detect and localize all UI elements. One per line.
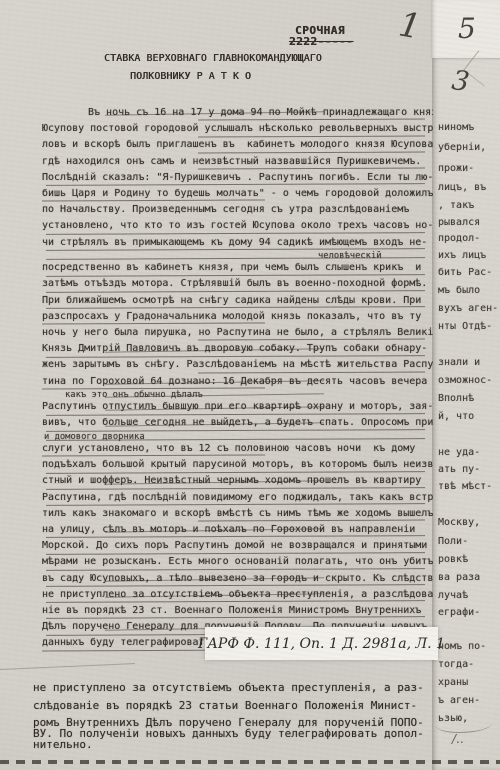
side-sheet-text-fragment: Вполнѣ — [438, 393, 474, 404]
heading-addressee: ПОЛКОВНИКУ Р А Т К О — [130, 71, 251, 82]
side-sheet-text-fragment: бить Рас- — [438, 267, 492, 278]
side-sheet-text-fragment: еграфи- — [438, 607, 480, 618]
retyped-line: слѣдованіе въ порядкѣ 23 статьи Военнаго… — [33, 699, 434, 717]
body-line: женъ зарытымъ въ снѣгу. Разслѣдованіемъ … — [42, 358, 433, 374]
body-line: Юсупову постовой городовой услышалъ нѣск… — [42, 122, 433, 138]
body-line: въ саду Юсуповыхъ, а тѣло вывезено за го… — [42, 572, 433, 588]
side-sheet-text-fragment: знали и — [438, 357, 480, 368]
side-sheet-text-fragment: й, что — [438, 411, 474, 422]
body-line: мѣрами не розысканъ. Есть много основані… — [42, 555, 433, 571]
side-sheet-text-fragment: ъ аген- — [438, 695, 480, 706]
side-sheet-text-fragment: прожи- — [438, 163, 474, 174]
inserted-annotation-line: и домового дворника — [42, 433, 433, 443]
archive-citation: ГАРФ Ф. 111, Оп. 1 Д. 2981а, Л. 1 — [205, 627, 438, 660]
body-line: ніе въ порядкѣ 23 ст. Военнаго Положенія… — [42, 604, 433, 620]
body-line: посредственно въ кабинетъ князя, при чем… — [42, 261, 433, 277]
body-line: тилъ какъ знакомаго и вскорѣ вмѣстѣ съ н… — [42, 507, 433, 523]
body-line: разспросахъ у Градоначальника молодой кн… — [42, 310, 433, 326]
body-line: Послѣдній сказалъ: "Я-Пуришкевичъ . Расп… — [42, 171, 433, 187]
side-sheet-text-fragment: номъ по- — [438, 641, 486, 652]
retyped-line: ВУ. По полученіи новыхъ данныхъ буду тел… — [33, 727, 434, 738]
side-sheet-text-fragment: ать пу- — [438, 464, 480, 475]
side-sheet-text-fragment: озможнос- — [438, 375, 492, 386]
side-sheet-text-fragment: , такъ — [438, 200, 474, 211]
side-sheet-text-fragment: нты Отдѣ- — [438, 321, 492, 332]
body-line: чи стрѣлялъ въ примыкающемъ къ дому 94 с… — [42, 236, 433, 252]
body-line: Распутина, гдѣ послѣдній повидимому его … — [42, 491, 433, 507]
heading-stavka: СТАВКА ВЕРХОВНАГО ГЛАВНОКОМАНДУЮЩАГО — [104, 53, 322, 64]
body-line: подъѣхалъ большой крытый парусиной мотор… — [42, 458, 433, 474]
retyped-line: ромъ Внутреннихъ Дѣлъ поручено Генералу … — [33, 716, 434, 727]
side-sheet-text-fragment: мъ было — [438, 285, 480, 296]
handwritten-page-number-1: 1 — [396, 4, 424, 47]
side-sheet-text-fragment: вухъ аген- — [438, 303, 498, 314]
inserted-annotation-line: человѣческій — [42, 252, 433, 262]
side-sheet-text-fragment: лицъ, въ — [438, 182, 486, 193]
side-sheet-text-fragment: ихъ лицъ — [438, 250, 486, 261]
handwritten-check-mark: /.. — [452, 732, 464, 746]
side-sheet-text-fragment: рывался — [438, 217, 480, 228]
side-sheet-text-fragment: ровкѣ — [438, 554, 468, 565]
side-sheet-text-fragment: лучаѣ — [438, 590, 468, 601]
body-line: ночь у него была пирушка, но Распутина н… — [42, 326, 433, 342]
body-line: слуги установлено, что въ 12 съ половино… — [42, 442, 433, 458]
retyped-fragment: не приступлено за отсутствіемъ объекта п… — [33, 681, 434, 756]
body-line: Распутинъ отпустилъ бывшую при его кварт… — [42, 400, 433, 416]
telegram-body: Въ ночь съ 16 на 17 у дома 94 по Мойкѣ п… — [42, 106, 433, 654]
side-sheet-text-fragment: Поли- — [438, 536, 468, 547]
body-line: Морской. До сихъ поръ Распутинъ домой не… — [42, 539, 433, 555]
body-line: бишь Царя и Родину то будешь молчать" - … — [42, 187, 433, 203]
body-line: ловъ и вскорѣ былъ приглашенъ въ кабинет… — [42, 138, 433, 154]
body-line: вивъ, что больше сегодня не выйдетъ, а б… — [42, 416, 433, 432]
body-line: по Начальству. Произведеннымъ сегодня съ… — [42, 203, 433, 219]
body-line: гдѣ находился онъ самъ и неизвѣстный наз… — [42, 155, 433, 171]
paper-crease — [0, 663, 135, 676]
body-line: установлено, что кто то изъ гостей Юсупо… — [42, 219, 433, 235]
side-sheet-text-fragment: храны — [438, 677, 468, 688]
side-sheet-text-fragment: тогда- — [438, 659, 474, 670]
body-line: тина по Гороховой 64 дознано: 16 Декабря… — [42, 375, 433, 391]
retyped-line: не приступлено за отсутствіемъ объекта п… — [33, 681, 434, 699]
body-line: не приступлено за отсутствіемъ объекта п… — [42, 588, 433, 604]
handwritten-page-number-5: 5 — [458, 12, 476, 45]
side-sheet-text-fragment: продол- — [438, 233, 480, 244]
side-sheet-text-fragment: уберніи, — [438, 142, 486, 153]
body-line: Князь Дмитрій Павловичъ въ дворовую соба… — [42, 342, 433, 358]
body-line: стный и шофферъ. Неизвѣстный чернымъ ход… — [42, 474, 433, 490]
body-line: Въ ночь съ 16 на 17 у дома 94 по Мойкѣ п… — [42, 106, 433, 122]
body-line: При ближайшемъ осмотрѣ на снѣгу садика н… — [42, 294, 433, 310]
side-sheet-text-fragment: твѣ мѣст- — [438, 481, 492, 492]
stamp-number-line: 2222----- — [289, 35, 353, 48]
inserted-annotation-line: какъ это онъ обычно дѣлалъ — [42, 391, 433, 401]
side-sheet-text-fragment: не уда- — [438, 447, 480, 458]
retyped-line: нительно. — [33, 738, 434, 756]
side-sheet-text-fragment: Москву, — [438, 517, 480, 528]
side-sheet-text-fragment: ва раза — [438, 572, 480, 583]
side-sheet-text-fragment: ниномъ — [438, 122, 474, 133]
document-scan: ниномъуберніи,прожи-лицъ, въ, такърывалс… — [0, 0, 500, 770]
body-line: затѣмъ отъѣздъ мотора. Стрѣлявшій былъ в… — [42, 277, 433, 293]
underlying-sheet-edge: ниномъуберніи,прожи-лицъ, въ, такърывалс… — [432, 0, 500, 770]
body-line: на улицу, сѣлъ въ моторъ и поѣхалъ по Го… — [42, 523, 433, 539]
bottom-dashed-edge — [0, 760, 500, 764]
